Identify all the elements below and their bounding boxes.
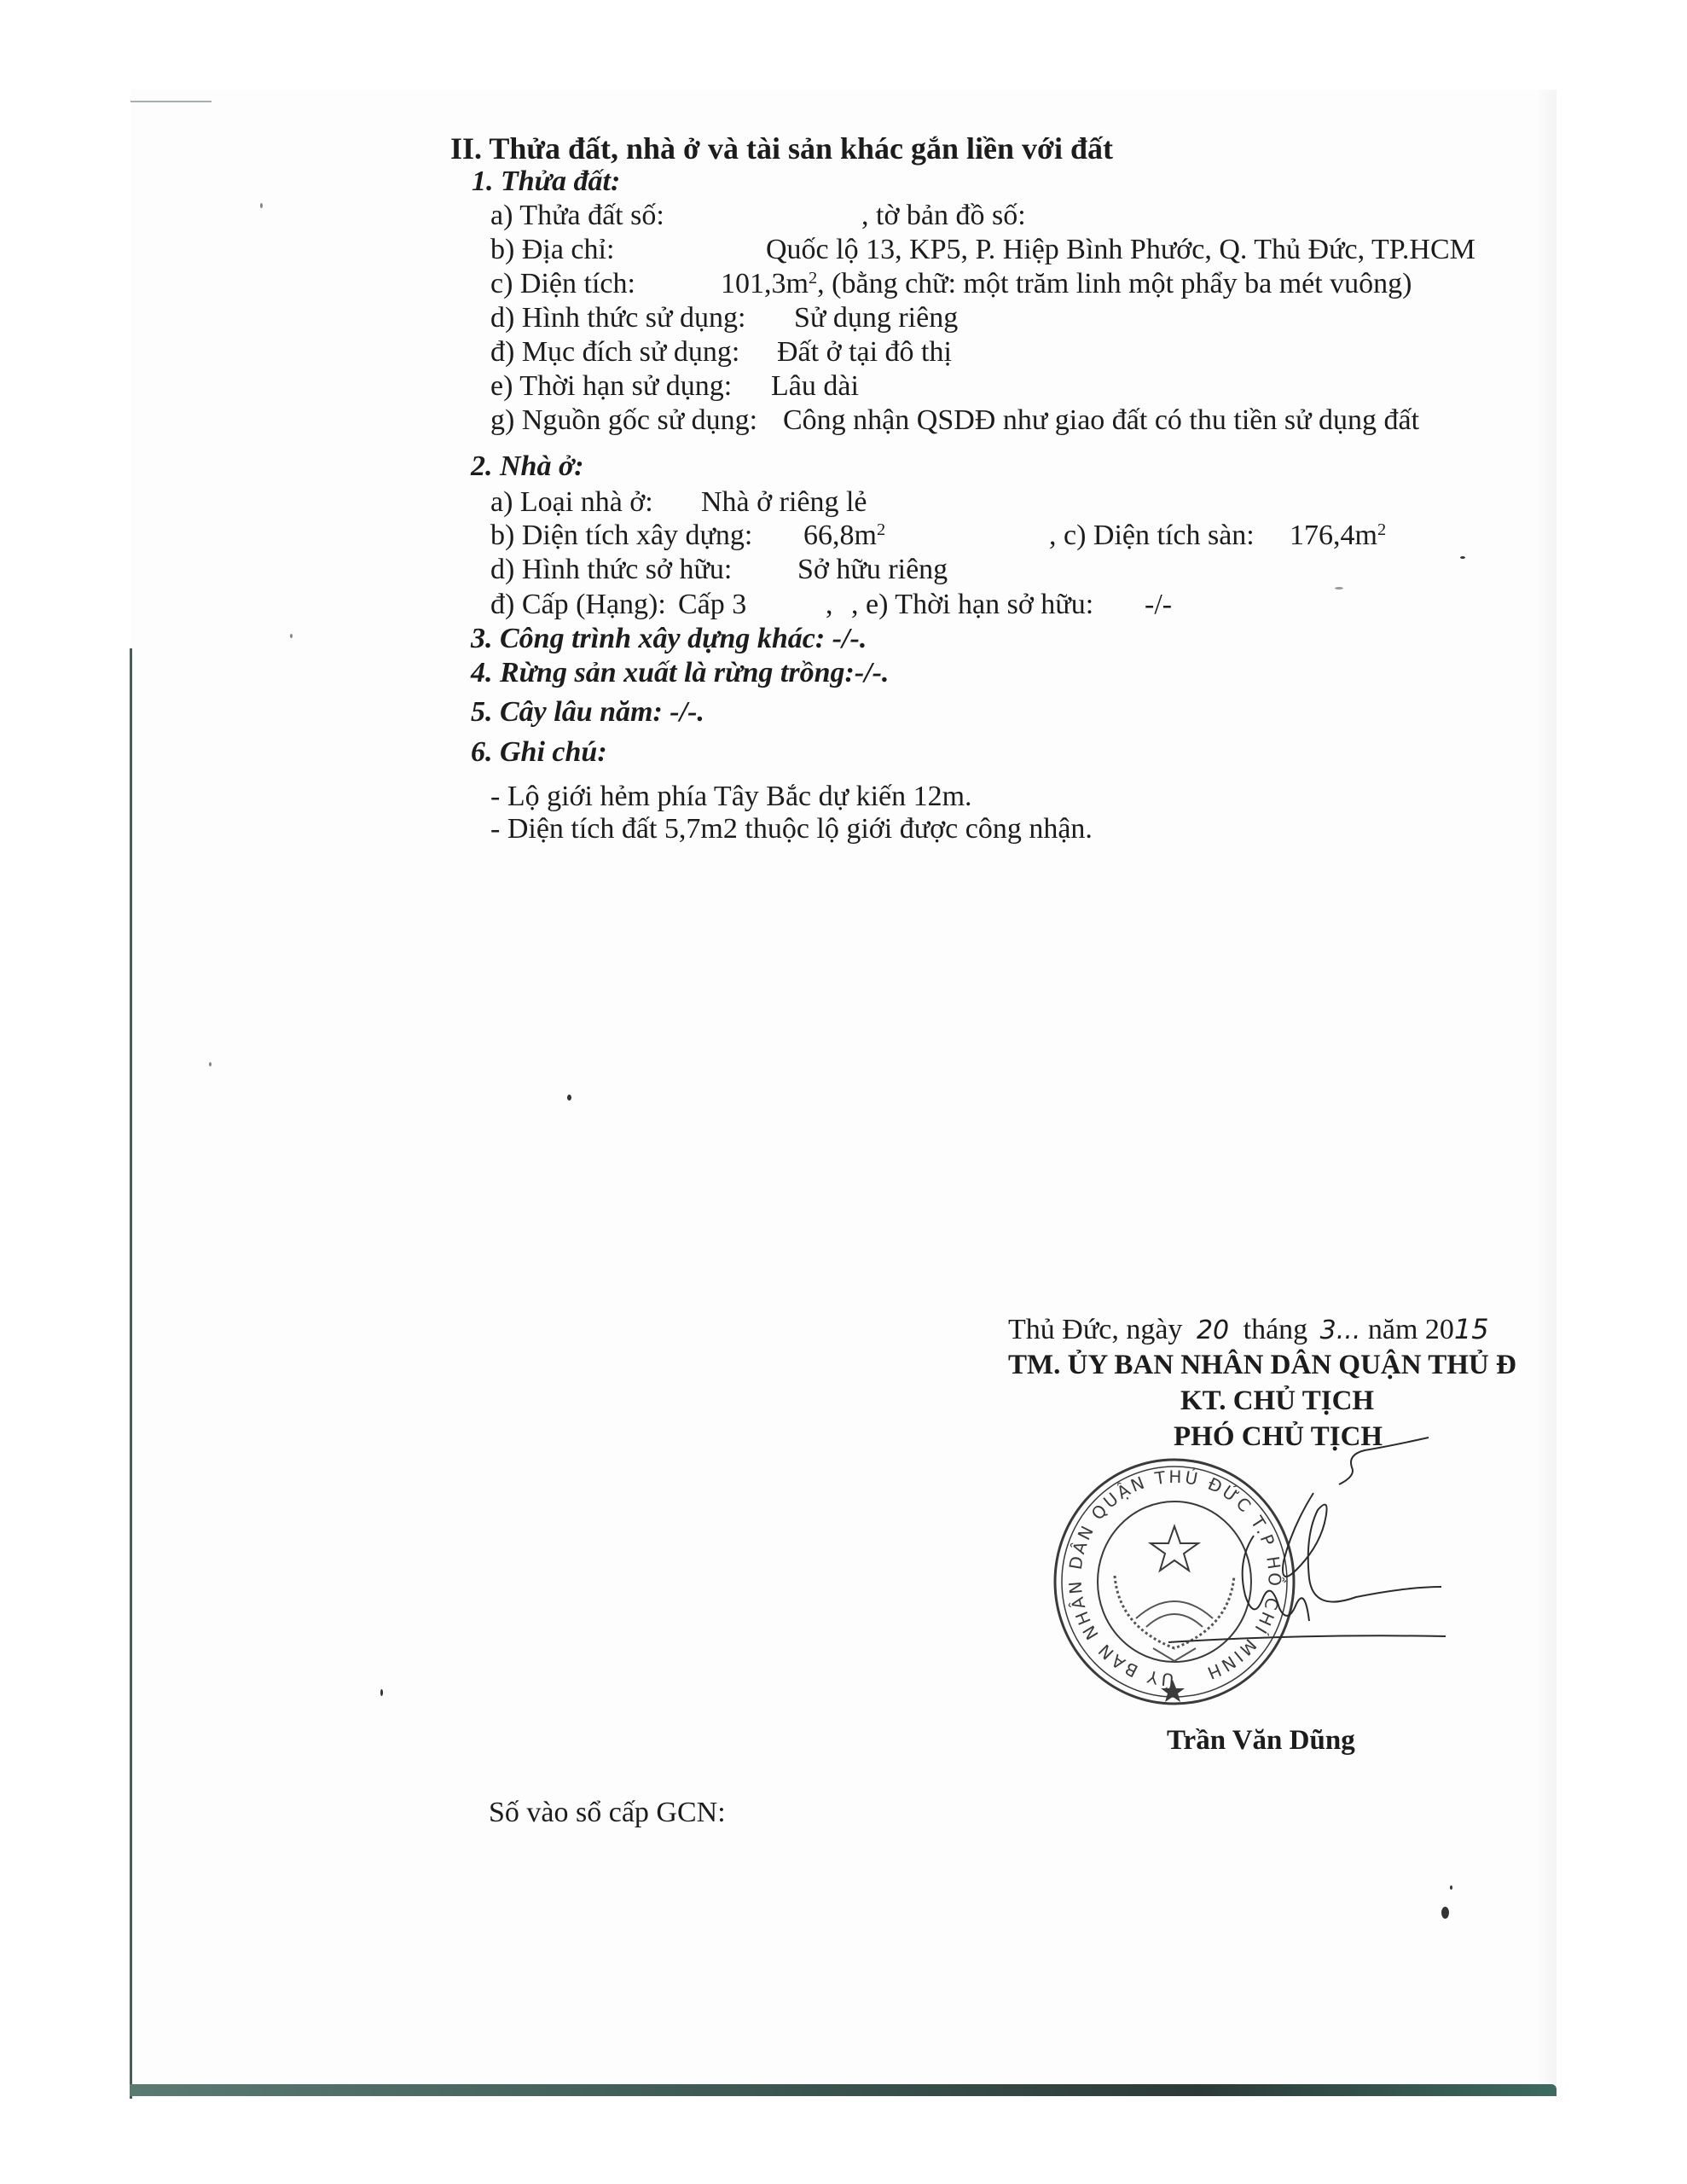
place-date-prefix: Thủ Đức, ngày xyxy=(1008,1314,1182,1345)
scan-speck xyxy=(260,203,263,208)
other-construction: 3. Công trình xây dựng khác: -/-. xyxy=(471,624,867,653)
house-ownership-term-value: -/- xyxy=(1145,590,1172,619)
house-grade-value: Cấp 3 xyxy=(678,590,746,619)
house-type-value: Nhà ở riêng lẻ xyxy=(701,488,867,517)
scan-speck xyxy=(380,1689,383,1696)
house-grade-separator: , xyxy=(826,590,833,619)
handwritten-day: 20 xyxy=(1197,1316,1229,1345)
scan-speck xyxy=(1450,1885,1452,1890)
page-bottom-edge xyxy=(130,2084,1557,2096)
land-heading: 1. Thửa đất: xyxy=(472,167,620,196)
handwritten-year: 15 xyxy=(1454,1313,1489,1345)
land-use-form-label: d) Hình thức sử dụng: xyxy=(490,304,745,333)
page-edge-shadow xyxy=(1535,90,1557,2086)
handwritten-month: 3... xyxy=(1320,1316,1361,1345)
scan-speck xyxy=(1335,587,1343,590)
scan-speck xyxy=(209,1062,212,1066)
land-area-number: 101,3m xyxy=(721,268,809,299)
signer-name: Trần Văn Dũng xyxy=(1167,1727,1355,1755)
scan-artifact-line xyxy=(130,101,212,102)
authority-title: TM. ỦY BAN NHÂN DÂN QUẬN THỦ Đ xyxy=(1008,1351,1516,1380)
registry-number-label: Số vào sổ cấp GCN: xyxy=(489,1798,726,1827)
land-area-value: 101,3m2, (bằng chữ: một trăm linh một ph… xyxy=(721,270,1412,299)
land-use-purpose-label: đ) Mục đích sử dụng: xyxy=(490,338,739,367)
scan-speck xyxy=(1441,1907,1449,1919)
house-floor-area-label: , c) Diện tích sàn: xyxy=(1049,521,1255,550)
house-build-area-number: 66,8m xyxy=(803,520,877,551)
page-left-edge xyxy=(130,648,132,2099)
house-floor-area-number: 176,4m xyxy=(1290,520,1377,551)
house-type-label: a) Loại nhà ở: xyxy=(490,488,653,517)
land-address-value: Quốc lộ 13, KP5, P. Hiệp Bình Phước, Q. … xyxy=(766,235,1475,264)
place-date: Thủ Đức, ngày 20 tháng 3... năm 2015 xyxy=(1008,1316,1489,1345)
house-ownership-value: Sở hữu riêng xyxy=(797,555,948,584)
land-origin-value: Công nhận QSDĐ như giao đất có thu tiền … xyxy=(783,406,1419,435)
note-item: - Diện tích đất 5,7m2 thuộc lộ giới được… xyxy=(490,815,1093,844)
perennial-trees: 5. Cây lâu năm: -/-. xyxy=(471,698,704,727)
land-use-term-label: e) Thời hạn sử dụng: xyxy=(490,372,732,401)
scan-speck xyxy=(567,1095,571,1101)
land-area-superscript: 2 xyxy=(809,269,817,288)
house-floor-area-value: 176,4m2 xyxy=(1290,521,1386,550)
house-ownership-label: d) Hình thức sở hữu: xyxy=(490,555,732,584)
scan-speck xyxy=(1460,556,1465,559)
land-use-term-value: Lâu dài xyxy=(771,372,859,401)
land-use-form-value: Sử dụng riêng xyxy=(794,304,958,333)
house-build-area-label: b) Diện tích xây dựng: xyxy=(490,521,752,550)
note-item: - Lộ giới hẻm phía Tây Bắc dự kiến 12m. xyxy=(490,782,972,811)
production-forest: 4. Rừng sản xuất là rừng trồng:-/-. xyxy=(471,659,889,688)
house-build-area-superscript: 2 xyxy=(877,520,885,539)
land-parcel-label: a) Thửa đất số: xyxy=(490,201,664,230)
house-build-area-value: 66,8m2 xyxy=(803,521,885,550)
house-floor-area-superscript: 2 xyxy=(1377,520,1386,539)
land-map-sheet-label: , tờ bản đồ số: xyxy=(861,201,1026,230)
house-ownership-term-label: , e) Thời hạn sở hữu: xyxy=(851,590,1093,619)
house-grade-label: đ) Cấp (Hạng): xyxy=(490,590,666,619)
handwritten-signature xyxy=(1134,1416,1458,1698)
house-heading: 2. Nhà ở: xyxy=(471,452,584,481)
section-title: II. Thửa đất, nhà ở và tài sản khác gắn … xyxy=(450,133,1113,164)
role-acting-chairman: KT. CHỦ TỊCH xyxy=(1180,1387,1374,1415)
scan-speck xyxy=(290,634,293,638)
land-origin-label: g) Nguồn gốc sử dụng: xyxy=(490,406,757,435)
notes-heading: 6. Ghi chú: xyxy=(471,738,607,767)
land-area-label: c) Diện tích: xyxy=(490,270,635,299)
month-label: tháng xyxy=(1244,1314,1308,1345)
year-label: năm 20 xyxy=(1368,1314,1454,1345)
land-use-purpose-value: Đất ở tại đô thị xyxy=(777,338,952,367)
land-area-words: , (bằng chữ: một trăm linh một phẩy ba m… xyxy=(817,268,1412,299)
land-address-label: b) Địa chỉ: xyxy=(490,235,614,264)
